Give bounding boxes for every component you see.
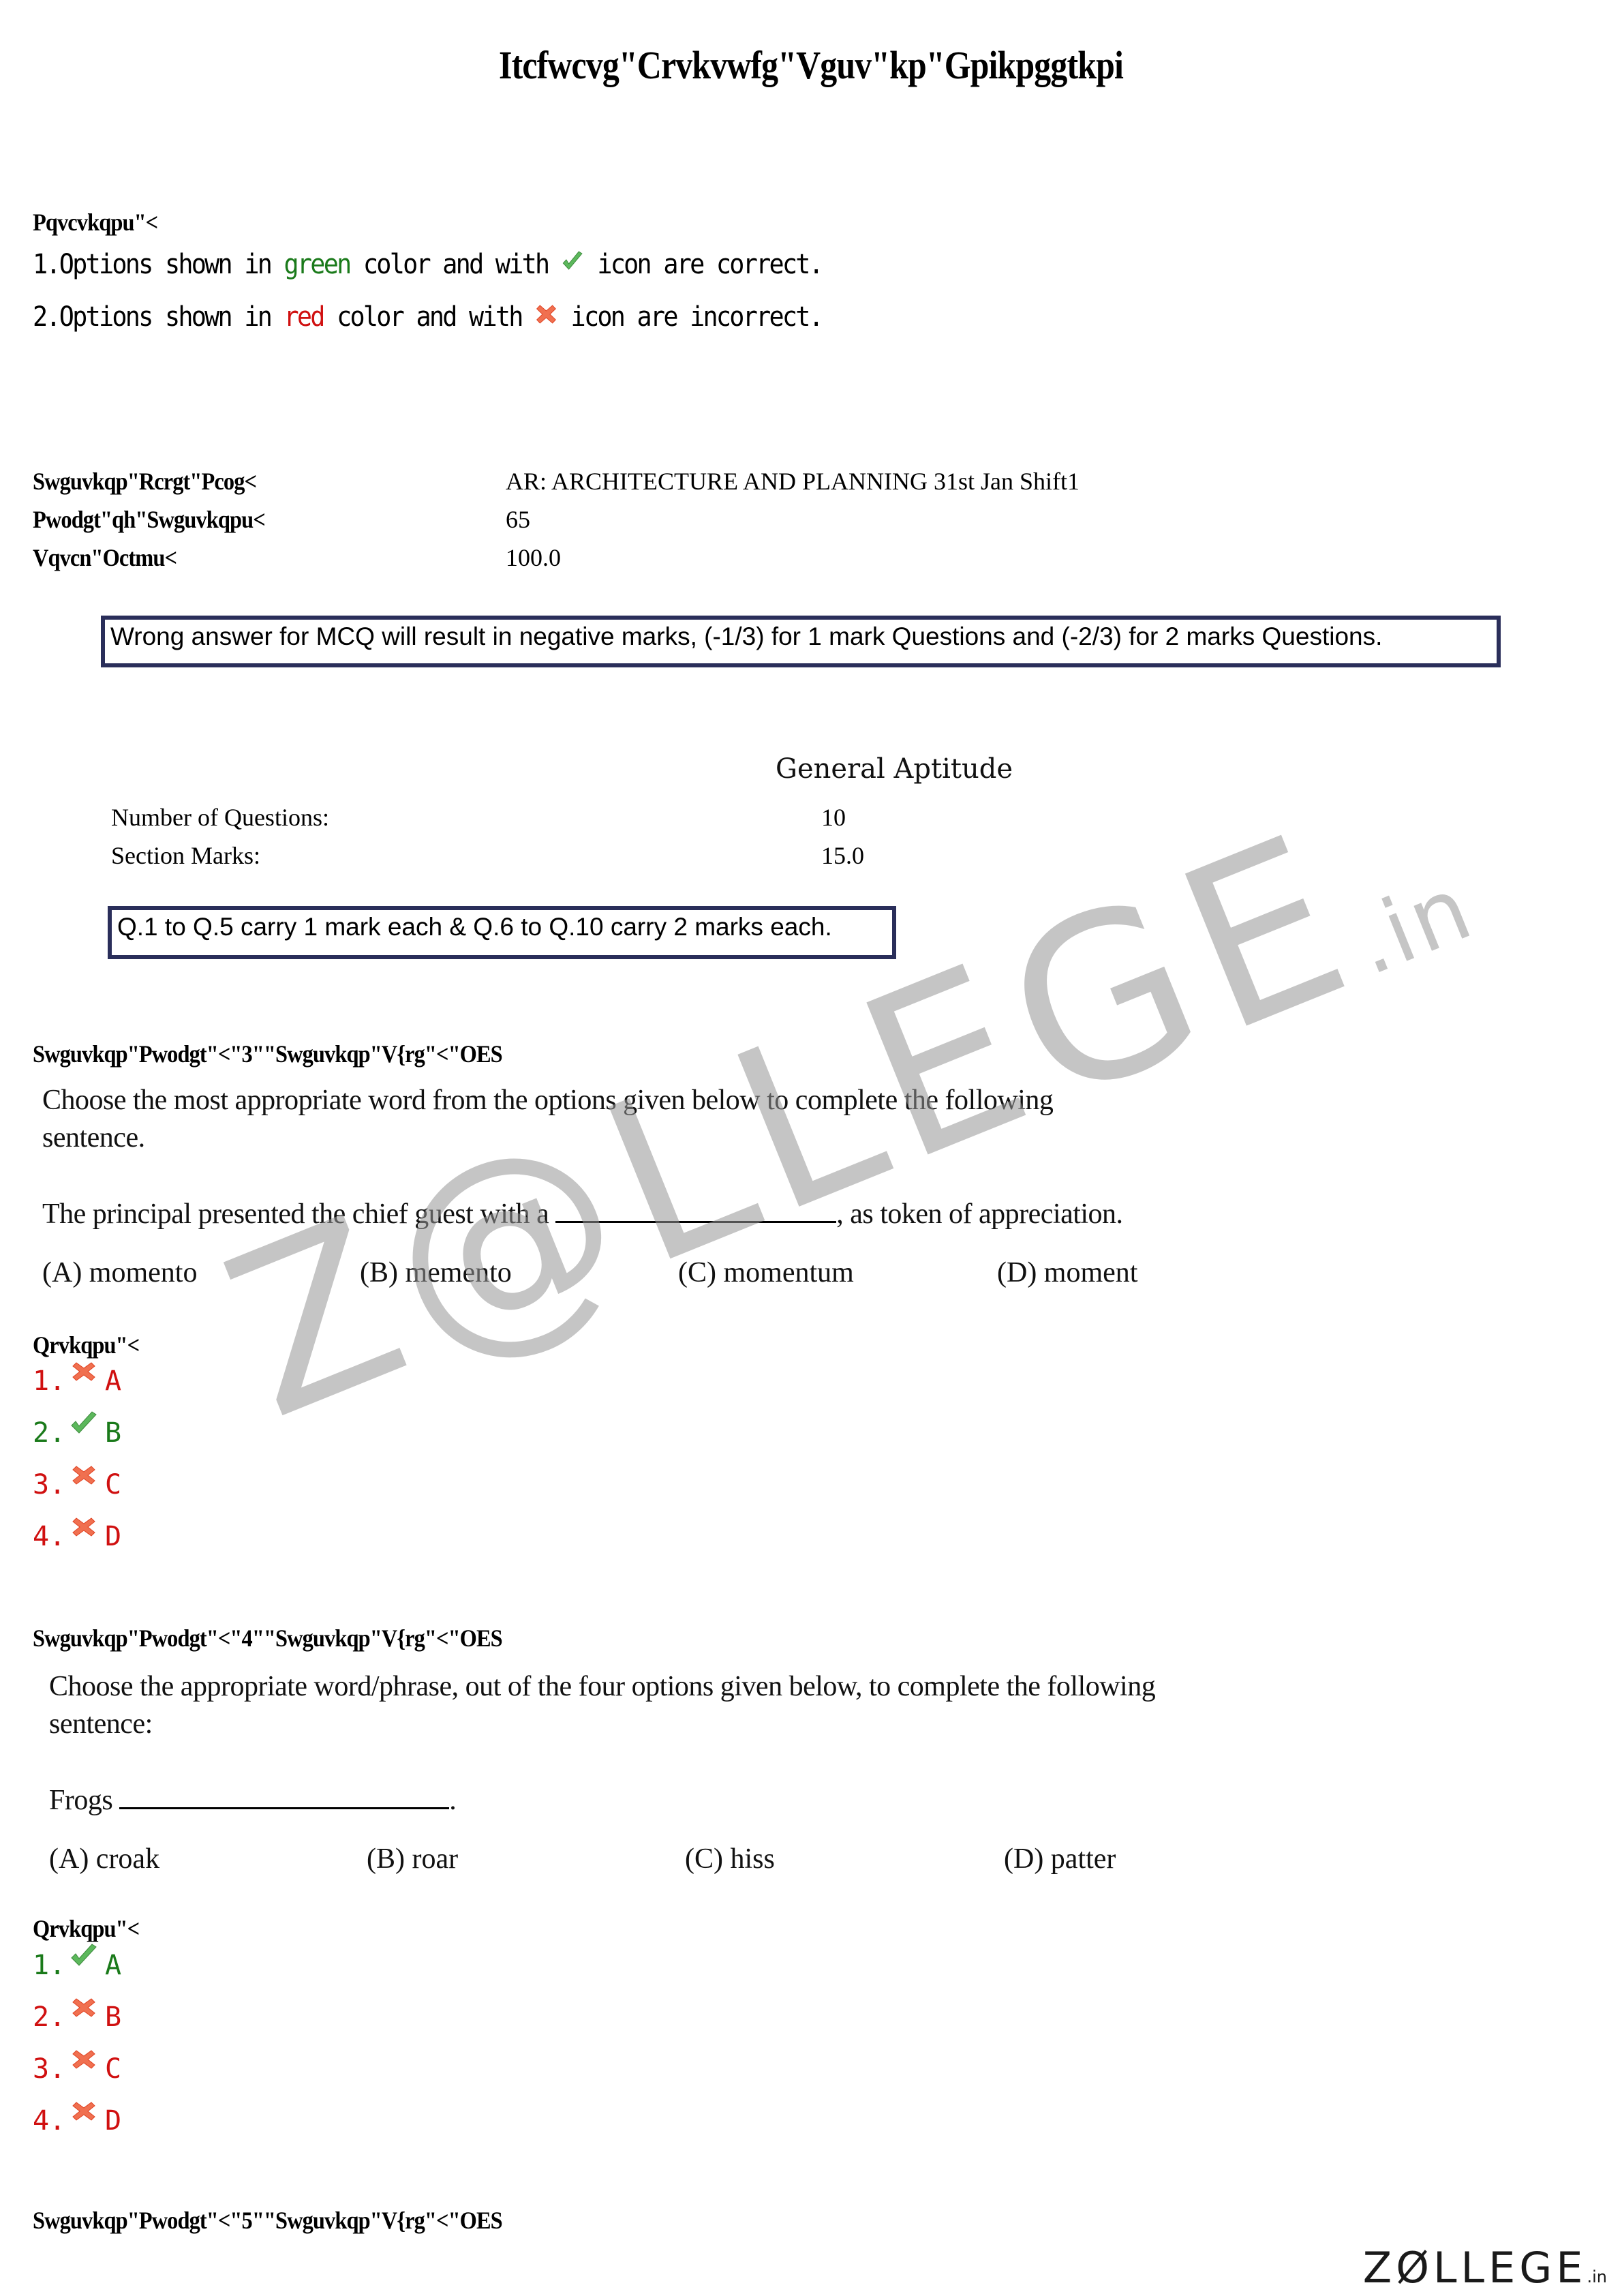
section-title: General Aptitude <box>776 753 1013 785</box>
blank-line <box>555 1221 836 1223</box>
question-2-choice-c: (C) hiss <box>685 1843 775 1875</box>
answer-option-d: 4.D <box>33 2105 121 2136</box>
notation-incorrect: 2.Options shown in red color and with ic… <box>33 301 822 333</box>
question-2-choice-b: (B) roar <box>367 1843 458 1875</box>
notation-text: color and with <box>324 301 535 333</box>
option-label: A <box>105 1365 121 1397</box>
question-2-sentence: Frogs . <box>49 1784 456 1817</box>
footer-logo-text: ZØLLEGE <box>1363 2243 1587 2293</box>
option-label: B <box>105 1417 121 1449</box>
notation-text: 1.Options shown in <box>33 249 284 280</box>
cross-icon <box>535 301 557 324</box>
answer-option-b: 2.B <box>33 2002 121 2033</box>
watermark-suffix: .in <box>1340 856 1487 995</box>
question-3-header: Swguvkqp"Pwodgt"<"5""Swguvkqp"V{rg"<"OES <box>33 2206 502 2235</box>
sentence-text: , as token of appreciation. <box>836 1198 1122 1230</box>
option-label: A <box>105 1950 121 1981</box>
cross-icon <box>67 2105 105 2132</box>
watermark-text: Z@LLEGE <box>195 782 1390 1468</box>
sentence-text: Frogs <box>49 1785 119 1816</box>
question-1-choice-c: (C) momentum <box>678 1256 854 1289</box>
answer-option-a: 1.A <box>33 1365 121 1397</box>
answer-option-a: 1.A <box>33 1950 121 1981</box>
notation-text: icon are incorrect. <box>557 301 822 333</box>
footer-logo-suffix: .in <box>1587 2267 1607 2286</box>
option-number: 1. <box>33 1365 67 1397</box>
answer-option-c: 3.C <box>33 2053 121 2085</box>
question-2-choice-a: (A) croak <box>49 1843 159 1875</box>
option-number: 4. <box>33 2105 67 2136</box>
notation-green-word: green <box>284 249 350 280</box>
notations-heading: Pqvcvkqpu"< <box>33 208 157 237</box>
notation-text: color and with <box>350 249 562 280</box>
check-icon <box>562 249 584 272</box>
section-marks-label: Section Marks: <box>111 841 260 870</box>
notation-correct: 1.Options shown in green color and with … <box>33 249 822 280</box>
number-of-questions-value: 65 <box>506 505 530 534</box>
question-1-options-heading: Qrvkqpu"< <box>33 1331 139 1359</box>
question-1-header: Swguvkqp"Pwodgt"<"3""Swguvkqp"V{rg"<"OES <box>33 1040 502 1068</box>
section-questions-value: 10 <box>821 803 846 832</box>
notation-text: 2.Options shown in <box>33 301 284 333</box>
option-label: D <box>105 2105 121 2136</box>
document-title: Itcfwcvg"Crvkvwfg"Vguv"kp"Gpikpggtkpi <box>114 42 1509 88</box>
question-2-text-line1: Choose the appropriate word/phrase, out … <box>49 1670 1155 1703</box>
section-marks-notice: Q.1 to Q.5 carry 1 mark each & Q.6 to Q.… <box>108 906 896 959</box>
question-1-text-line2: sentence. <box>42 1121 145 1154</box>
answer-option-d: 4.D <box>33 1521 121 1552</box>
option-number: 3. <box>33 1469 67 1500</box>
question-2-choice-d: (D) patter <box>1004 1843 1116 1875</box>
cross-icon <box>67 1469 105 1496</box>
cross-icon <box>67 1365 105 1393</box>
sentence-text: The principal presented the chief guest … <box>42 1198 555 1230</box>
notation-red-word: red <box>284 301 324 333</box>
question-2-options-heading: Qrvkqpu"< <box>33 1914 139 1943</box>
option-label: C <box>105 2053 121 2085</box>
total-marks-label: Vqvcn"Octmu< <box>33 543 177 572</box>
option-number: 2. <box>33 1417 67 1449</box>
question-1-choice-b: (B) memento <box>360 1256 512 1289</box>
section-questions-label: Number of Questions: <box>111 803 329 832</box>
answer-option-c: 3.C <box>33 1469 121 1500</box>
question-1-text-line1: Choose the most appropriate word from th… <box>42 1084 1053 1117</box>
sentence-text: . <box>449 1785 456 1816</box>
negative-marking-notice: Wrong answer for MCQ will result in nega… <box>101 616 1501 667</box>
total-marks-value: 100.0 <box>506 543 561 572</box>
number-of-questions-label: Pwodgt"qh"Swguvkqpu< <box>33 505 265 534</box>
notation-text: icon are correct. <box>584 249 822 280</box>
option-label: C <box>105 1469 121 1500</box>
answer-option-b: 2.B <box>33 1417 121 1449</box>
question-1-choice-d: (D) moment <box>997 1256 1137 1289</box>
option-number: 4. <box>33 1521 67 1552</box>
question-1-choice-a: (A) momento <box>42 1256 197 1289</box>
check-icon <box>67 1417 105 1445</box>
cross-icon <box>67 2002 105 2029</box>
section-marks-value: 15.0 <box>821 841 864 870</box>
option-number: 2. <box>33 2002 67 2033</box>
question-1-sentence: The principal presented the chief guest … <box>42 1198 1123 1230</box>
footer-logo: ZØLLEGE.in <box>1363 2243 1607 2293</box>
cross-icon <box>67 2053 105 2081</box>
check-icon <box>67 1950 105 1977</box>
paper-name-value: AR: ARCHITECTURE AND PLANNING 31st Jan S… <box>506 467 1080 496</box>
paper-name-label: Swguvkqp"Rcrgt"Pcog< <box>33 467 256 496</box>
option-number: 3. <box>33 2053 67 2085</box>
question-2-header: Swguvkqp"Pwodgt"<"4""Swguvkqp"V{rg"<"OES <box>33 1624 502 1652</box>
option-label: D <box>105 1521 121 1552</box>
cross-icon <box>67 1521 105 1548</box>
question-2-text-line2: sentence: <box>49 1708 153 1740</box>
option-number: 1. <box>33 1950 67 1981</box>
option-label: B <box>105 2002 121 2033</box>
blank-line <box>119 1807 449 1809</box>
